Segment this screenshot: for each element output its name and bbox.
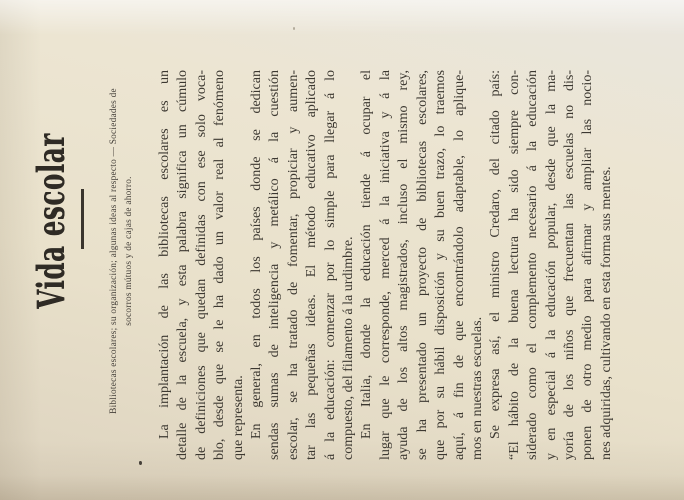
text-line: “El hábito de la buena lectura ha sido s…: [506, 70, 524, 460]
text-line: nes adquiridas, cultivando en esta forma…: [598, 70, 616, 460]
text-line: En Italia, donde la educación tiende á o…: [358, 70, 376, 460]
page-header: Vida escolar Bibliotecas escolares; su o…: [27, 70, 137, 460]
page-content: Vida escolar Bibliotecas escolares; su o…: [0, 70, 616, 460]
subtitle-line-1: Bibliotecas escolares; su organización; …: [107, 56, 122, 446]
text-line: En general, en todos los países donde se…: [248, 70, 266, 460]
book-page-rotated: Vida escolar Bibliotecas escolares; su o…: [0, 0, 684, 500]
text-line: que por su hábil disposición y su buen t…: [432, 70, 450, 460]
text-line: blo, desde que se le ha dado un valor re…: [211, 70, 229, 460]
text-line: yoría de los niños que frecuentan las es…: [561, 70, 579, 460]
paper-speck: [293, 27, 295, 30]
page-subtitle: Bibliotecas escolares; su organización; …: [107, 56, 137, 446]
text-line: se ha presentado un proyecto de bibliote…: [414, 70, 432, 460]
text-line: mos en nuestras escuelas.: [469, 70, 487, 460]
page-title: Vida escolar: [27, 70, 76, 460]
title-rule: [81, 189, 84, 249]
text-line: aquí, á fin de que encontrándolo adaptab…: [451, 70, 469, 460]
text-line: escolar, se ha tratado de fomentar, prop…: [285, 70, 303, 460]
ink-spot-mark: [139, 461, 142, 465]
text-line: siderado como el complemento necesario á…: [524, 70, 542, 460]
page-title-text: Vida escolar: [27, 133, 76, 309]
text-line: que representa.: [230, 70, 248, 460]
text-line: lugar que le corresponde, merced á la in…: [377, 70, 395, 460]
body-text: La implantación de las bibliotecas escol…: [156, 70, 616, 460]
scanned-page-viewport: Vida escolar Bibliotecas escolares; su o…: [0, 0, 684, 500]
text-line: Se expresa así, el ministro Credaro, del…: [487, 70, 505, 460]
text-line: sendas sumas de inteligencia y metálico …: [266, 70, 284, 460]
text-line: ponen de otro medio para afirmar y ampli…: [579, 70, 597, 460]
text-line: La implantación de las bibliotecas escol…: [156, 70, 174, 460]
subtitle-line-2: socorros mútuos y de cajas de ahorro.: [122, 56, 137, 446]
text-line: de definiciones que quedan definidas con…: [193, 70, 211, 460]
paragraph: En general, en todos los países donde se…: [248, 70, 358, 460]
text-line: á la educación: comenzar por lo simple p…: [322, 70, 340, 460]
text-line: ayuda de los altos magistrados, incluso …: [395, 70, 413, 460]
paragraph: En Italia, donde la educación tiende á o…: [358, 70, 487, 460]
text-line: compuesto, del filamento á la urdimbre.: [340, 70, 358, 460]
text-line: tar las pequeñas ideas. El método educat…: [303, 70, 321, 460]
text-line: detalle de la escuela, y esta palabra si…: [174, 70, 192, 460]
paragraph: Se expresa así, el ministro Credaro, del…: [487, 70, 616, 460]
text-line: y en especial á la educación popular, de…: [543, 70, 561, 460]
paragraph: La implantación de las bibliotecas escol…: [156, 70, 248, 460]
